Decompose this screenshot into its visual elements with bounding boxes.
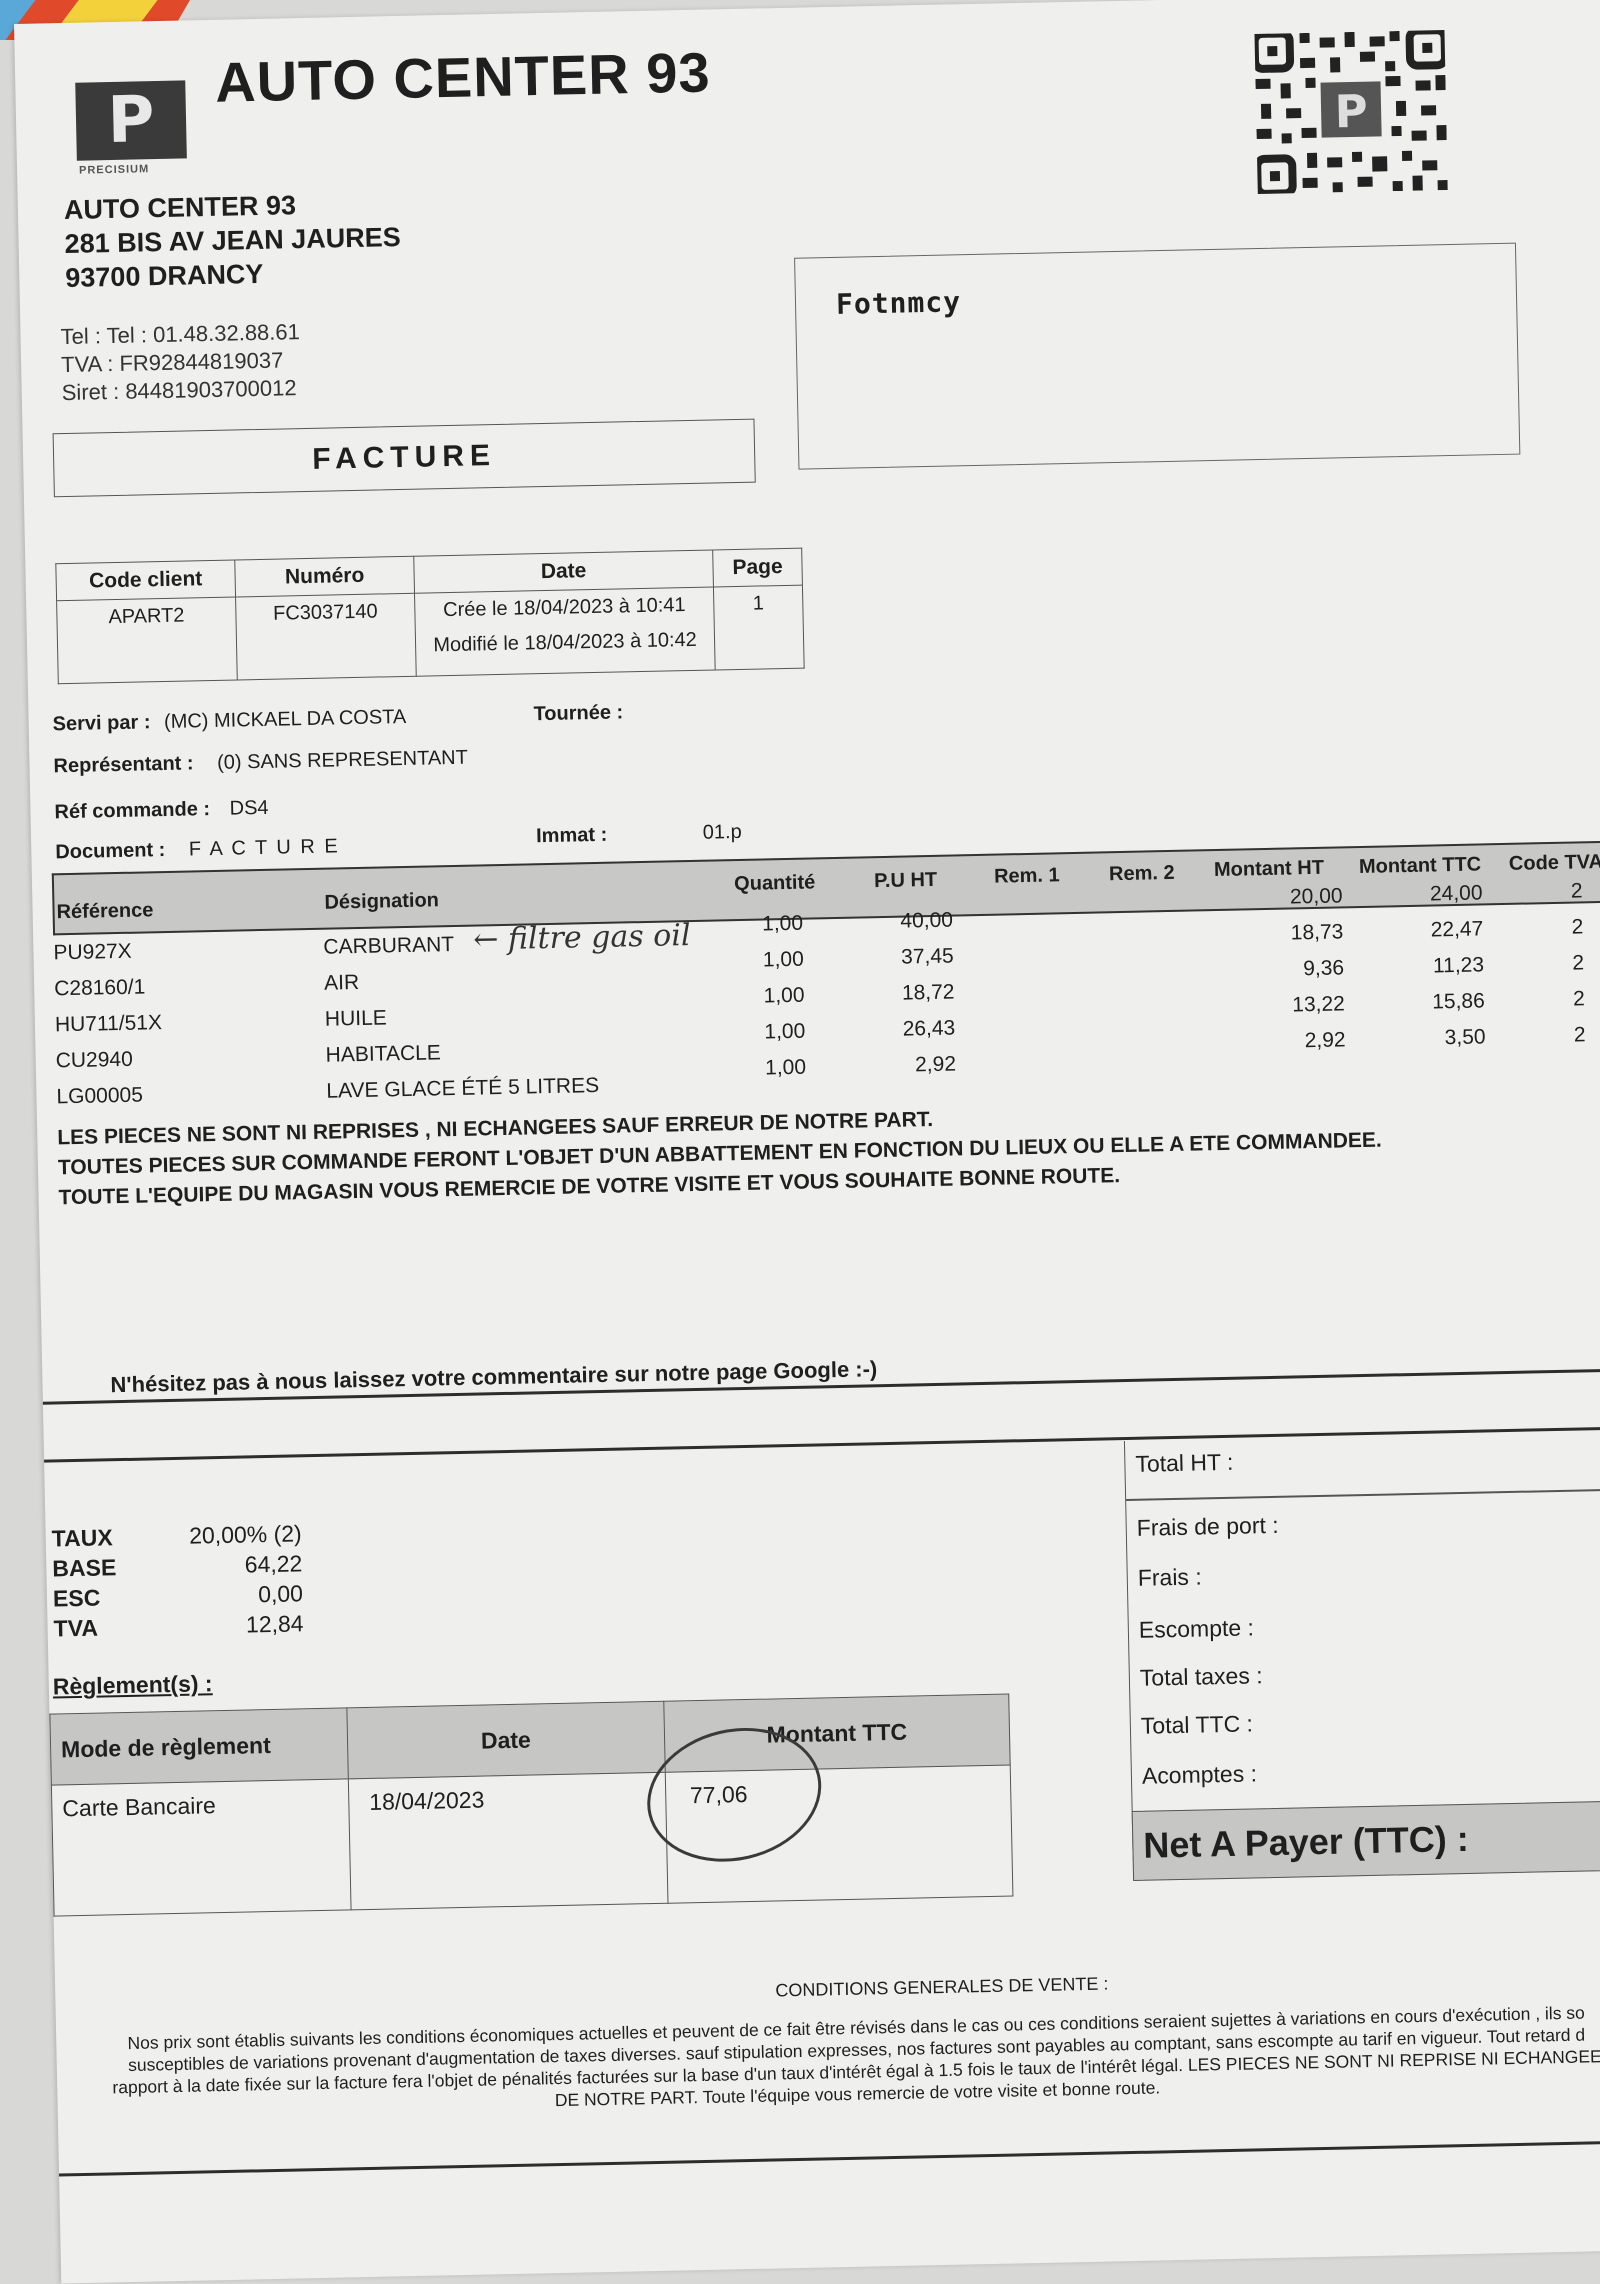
cell-reference: CU2940 — [55, 1044, 315, 1073]
invoice-info-table: Code client Numéro Date Page APART2 FC30… — [55, 548, 804, 685]
logo-subtitle: PRECISIUM — [79, 163, 149, 176]
servi-par: Servi par : (MC) MICKAEL DA COSTA — [52, 706, 406, 736]
cell-code-tva: 2 — [1505, 987, 1585, 1013]
total-taxes-label: Total taxes : — [1140, 1662, 1263, 1692]
representant-label: Représentant : — [53, 752, 193, 777]
cell-montant-ttc: 11,23 — [1354, 953, 1484, 980]
document-title: FACTURE — [53, 419, 756, 498]
date-modified: Modifié le 18/04/2023 à 10:42 — [430, 629, 700, 658]
cell-pu-ht: 37,45 — [844, 945, 954, 971]
cell-quantite: 1,00 — [693, 912, 803, 938]
cell-montant-ht: 2,92 — [1215, 1028, 1345, 1055]
servi-par-value: (MC) MICKAEL DA COSTA — [164, 706, 407, 733]
cgv-text: Nos prix sont établis suivants les condi… — [56, 2000, 1600, 2121]
immat-label: Immat : — [536, 824, 608, 847]
cell-pu-ht: 26,43 — [845, 1017, 955, 1043]
cell-montant-ttc: 15,86 — [1355, 989, 1485, 1016]
col-pu-ht: P.U HT — [874, 869, 937, 893]
cell-montant-ht: 20,00 — [1212, 884, 1342, 911]
company-contact: Tel : Tel : 01.48.32.88.61 TVA : FR92844… — [60, 318, 301, 407]
totals-panel: Total HT : Frais de port : Frais : Escom… — [1124, 1430, 1600, 1861]
invoice-page: P PRECISIUM AUTO CENTER 93 AUTO CENTER 9… — [14, 0, 1600, 2284]
divider — [59, 2140, 1600, 2177]
table-row: Carte Bancaire 18/04/2023 77,06 — [51, 1765, 1013, 1916]
cgv-title: CONDITIONS GENERALES DE VENTE : — [775, 1974, 1108, 2002]
company-address: AUTO CENTER 93 281 BIS AV JEAN JAURES 93… — [64, 186, 402, 295]
col-reference: Référence — [56, 899, 153, 924]
cell-code-tva: 2 — [1502, 879, 1582, 905]
date-created: Crée le 18/04/2023 à 10:41 — [429, 594, 699, 623]
ref-commande-value: DS4 — [229, 797, 268, 820]
header-mode: Mode de règlement — [50, 1708, 348, 1785]
payment-mode: Carte Bancaire — [51, 1779, 351, 1916]
cell-code-tva: 2 — [1503, 915, 1583, 941]
frais-port-label: Frais de port : — [1136, 1512, 1278, 1542]
cell-reference: LG00005 — [56, 1080, 316, 1109]
cell-reference: HU711/51X — [55, 1008, 315, 1037]
precisium-logo: P — [75, 80, 187, 160]
reglements-table: Mode de règlement Date Montant TTC Carte… — [49, 1694, 1013, 1917]
client-address-box: Fotnmcy — [794, 243, 1520, 470]
frais-label: Frais : — [1138, 1563, 1202, 1591]
net-a-payer: Net A Payer (TTC) : — [1132, 1800, 1600, 1881]
col-montant-ht: Montant HT — [1214, 857, 1324, 882]
page-value: 1 — [713, 585, 804, 670]
total-ttc-label: Total TTC : — [1141, 1710, 1254, 1739]
cell-reference: PU927X — [53, 936, 313, 965]
payment-date: 18/04/2023 — [348, 1772, 667, 1910]
handwritten-annotation: ← filtre gas oil — [473, 918, 691, 958]
header-code-client: Code client — [56, 560, 236, 601]
header-date: Date — [414, 550, 714, 593]
header-page: Page — [713, 548, 803, 587]
tournee: Tournée : — [533, 701, 623, 726]
cell-code-tva: 2 — [1505, 1023, 1585, 1049]
address-line: 281 BIS AV JEAN JAURES — [64, 220, 401, 261]
representant-value: (0) SANS REPRESENTANT — [217, 747, 468, 774]
cell-montant-ht: 18,73 — [1213, 920, 1343, 947]
cell-rem1 — [983, 920, 1083, 922]
immat-value: 01.p — [703, 821, 742, 844]
cell-montant-ttc: 24,00 — [1352, 881, 1482, 908]
company-heading: AUTO CENTER 93 — [215, 39, 712, 114]
cell-montant-ttc: 3,50 — [1355, 1025, 1485, 1052]
total-ht-label: Total HT : — [1135, 1449, 1234, 1478]
servi-par-label: Servi par : — [52, 711, 150, 735]
cell-quantite: 1,00 — [694, 984, 804, 1010]
col-rem1: Rem. 1 — [994, 864, 1060, 888]
acomptes-label: Acomptes : — [1142, 1760, 1258, 1789]
qr-code-icon: P — [1254, 30, 1447, 194]
ref-commande-label: Réf commande : — [54, 798, 210, 823]
escompte-label: Escompte : — [1139, 1614, 1255, 1643]
tax-summary: TAUX20,00% (2) BASE64,22 ESC0,00 TVA12,8… — [51, 1518, 303, 1643]
tax-row: TVA12,84 — [53, 1608, 304, 1643]
date-value: Crée le 18/04/2023 à 10:41 Modifié le 18… — [415, 587, 716, 676]
client-name: Fotnmcy — [836, 285, 962, 321]
items-table-body: PU927XCARBURANT1,0040,0020,0024,002← fil… — [14, 0, 1600, 24]
document-type: Document : F A C T U R E — [55, 835, 340, 864]
siret: Siret : 84481903700012 — [61, 374, 301, 407]
representant: Représentant : (0) SANS REPRESENTANT — [53, 747, 468, 779]
cell-montant-ht: 13,22 — [1215, 992, 1345, 1019]
cell-rem2 — [1093, 918, 1193, 920]
reglements-title: Règlement(s) : — [53, 1670, 213, 1700]
col-montant-ttc: Montant TTC — [1359, 853, 1482, 879]
numero-value: FC3037140 — [236, 593, 417, 680]
cell-quantite: 1,00 — [694, 948, 804, 974]
address-line: 93700 DRANCY — [65, 254, 402, 295]
col-designation: Désignation — [324, 889, 439, 914]
document-value: F A C T U R E — [189, 835, 340, 860]
header-date: Date — [347, 1701, 665, 1779]
col-quantite: Quantité — [734, 871, 816, 896]
col-code-tva: Code TVA — [1509, 851, 1600, 876]
header-numero: Numéro — [235, 556, 415, 597]
cell-pu-ht: 18,72 — [844, 981, 954, 1007]
ref-commande: Réf commande : DS4 — [54, 797, 268, 824]
cell-montant-ttc: 22,47 — [1353, 917, 1483, 944]
document-label: Document : — [55, 839, 165, 863]
cell-pu-ht: 40,00 — [843, 909, 953, 935]
cell-pu-ht: 2,92 — [846, 1053, 956, 1079]
logo-letter: P — [107, 88, 155, 153]
cell-code-tva: 2 — [1504, 951, 1584, 977]
cell-quantite: 1,00 — [696, 1056, 806, 1082]
tournee-label: Tournée : — [533, 701, 623, 725]
cell-reference: C28160/1 — [54, 972, 314, 1001]
code-client-value: APART2 — [57, 597, 238, 684]
cell-montant-ht: 9,36 — [1214, 956, 1344, 983]
svg-text:P: P — [1334, 85, 1368, 139]
col-rem2: Rem. 2 — [1109, 862, 1175, 886]
cell-quantite: 1,00 — [695, 1020, 805, 1046]
immat: Immat : 01.p — [536, 821, 742, 848]
